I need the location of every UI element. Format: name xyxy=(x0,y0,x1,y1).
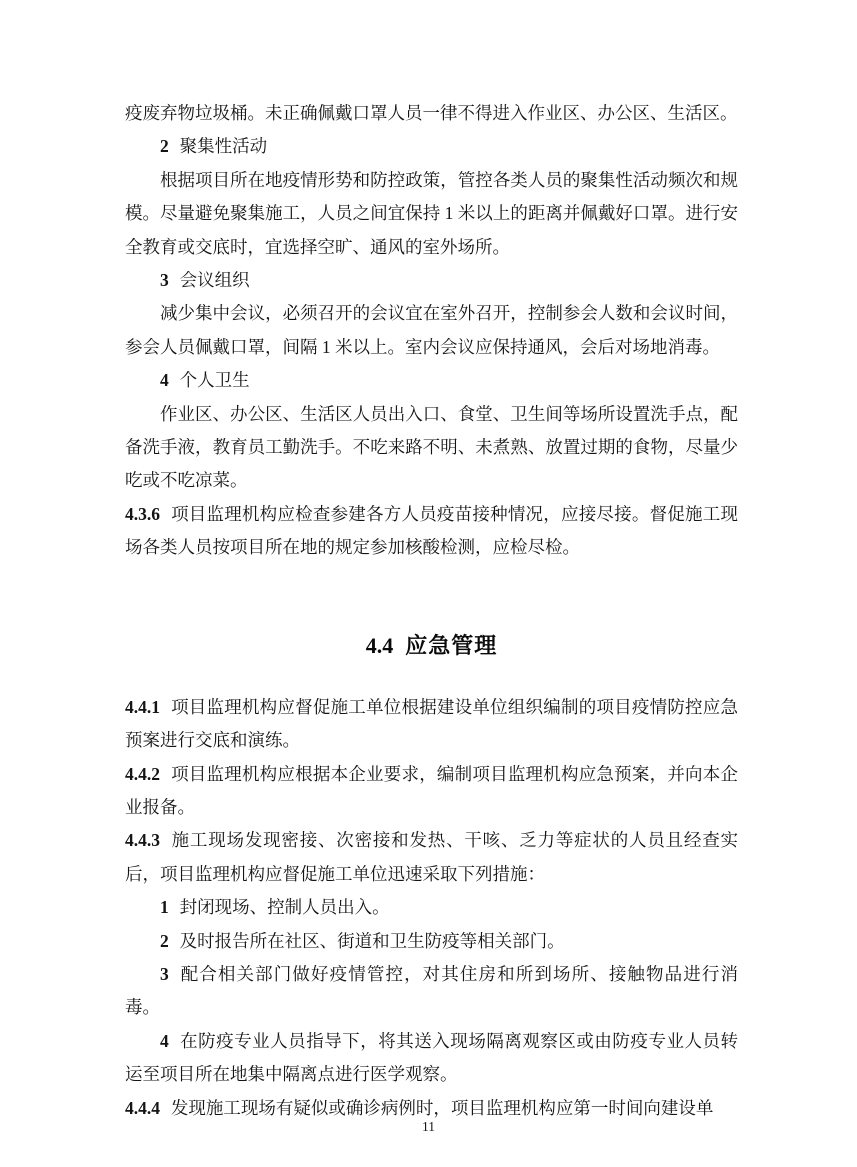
item-text: 个人卫生 xyxy=(180,370,250,390)
item-number: 2 xyxy=(160,931,169,951)
section-heading-title: 应急管理 xyxy=(405,633,497,658)
paragraph: 作业区、办公区、生活区人员出入口、食堂、卫生间等场所设置洗手点，配备洗手液，教育… xyxy=(125,398,738,498)
clause-number: 4.4.1 xyxy=(125,697,160,717)
item-number: 4 xyxy=(160,1031,169,1051)
clause-number: 4.4.3 xyxy=(125,830,160,850)
clause-paragraph: 4.4.2项目监理机构应根据本企业要求，编制项目监理机构应急预案，并向本企业报备… xyxy=(125,758,738,825)
item-text: 配合相关部门做好疫情管控，对其住房和所到场所、接触物品进行消毒。 xyxy=(125,964,738,1017)
item-number: 3 xyxy=(160,964,169,984)
item-text: 在防疫专业人员指导下，将其送入现场隔离观察区或由防疫专业人员转运至项目所在地集中… xyxy=(125,1031,738,1084)
item-text: 及时报告所在社区、街道和卫生防疫等相关部门。 xyxy=(180,931,565,951)
item-text: 封闭现场、控制人员出入。 xyxy=(180,897,390,917)
clause-number: 4.4.4 xyxy=(125,1098,160,1118)
item-number: 1 xyxy=(160,897,169,917)
clause-paragraph: 4.4.3施工现场发现密接、次密接和发热、干咳、乏力等症状的人员且经查实后，项目… xyxy=(125,824,738,891)
item-number: 2 xyxy=(160,136,169,156)
page-footer: 11 xyxy=(0,1118,857,1136)
numbered-item: 3会议组织 xyxy=(125,264,738,297)
clause-text: 项目监理机构应督促施工单位根据建设单位组织编制的项目疫情防控应急预案进行交底和演… xyxy=(125,697,738,750)
document-page: 疫废弃物垃圾桶。未正确佩戴口罩人员一律不得进入作业区、办公区、生活区。 2聚集性… xyxy=(0,0,857,1167)
clause-text: 施工现场发现密接、次密接和发热、干咳、乏力等症状的人员且经查实后，项目监理机构应… xyxy=(125,830,738,883)
item-number: 4 xyxy=(160,370,169,390)
numbered-item: 4个人卫生 xyxy=(125,364,738,397)
numbered-item: 3配合相关部门做好疫情管控，对其住房和所到场所、接触物品进行消毒。 xyxy=(125,958,738,1025)
section-heading: 4.4应急管理 xyxy=(125,631,738,661)
paragraph-continuation: 疫废弃物垃圾桶。未正确佩戴口罩人员一律不得进入作业区、办公区、生活区。 xyxy=(125,97,738,130)
item-text: 会议组织 xyxy=(180,270,250,290)
numbered-item: 1封闭现场、控制人员出入。 xyxy=(125,891,738,924)
page-number: 11 xyxy=(422,1119,435,1134)
clause-text: 发现施工现场有疑似或确诊病例时，项目监理机构应第一时间向建设单 xyxy=(171,1098,714,1118)
item-text: 聚集性活动 xyxy=(180,136,268,156)
numbered-item: 2及时报告所在社区、街道和卫生防疫等相关部门。 xyxy=(125,925,738,958)
clause-number: 4.4.2 xyxy=(125,764,160,784)
numbered-item: 2聚集性活动 xyxy=(125,130,738,163)
document-body: 疫废弃物垃圾桶。未正确佩戴口罩人员一律不得进入作业区、办公区、生活区。 2聚集性… xyxy=(125,0,738,1125)
section-heading-number: 4.4 xyxy=(366,633,394,658)
clause-paragraph: 4.4.1项目监理机构应督促施工单位根据建设单位组织编制的项目疫情防控应急预案进… xyxy=(125,691,738,758)
numbered-item: 4在防疫专业人员指导下，将其送入现场隔离观察区或由防疫专业人员转运至项目所在地集… xyxy=(125,1025,738,1092)
clause-text: 项目监理机构应检查参建各方人员疫苗接种情况，应接尽接。督促施工现场各类人员按项目… xyxy=(125,504,738,557)
paragraph: 减少集中会议，必须召开的会议宜在室外召开，控制参会人数和会议时间，参会人员佩戴口… xyxy=(125,297,738,364)
clause-text: 项目监理机构应根据本企业要求，编制项目监理机构应急预案，并向本企业报备。 xyxy=(125,764,738,817)
clause-paragraph: 4.3.6项目监理机构应检查参建各方人员疫苗接种情况，应接尽接。督促施工现场各类… xyxy=(125,498,738,565)
item-number: 3 xyxy=(160,270,169,290)
paragraph: 根据项目所在地疫情形势和防控政策，管控各类人员的聚集性活动频次和规模。尽量避免聚… xyxy=(125,164,738,264)
clause-number: 4.3.6 xyxy=(125,504,160,524)
